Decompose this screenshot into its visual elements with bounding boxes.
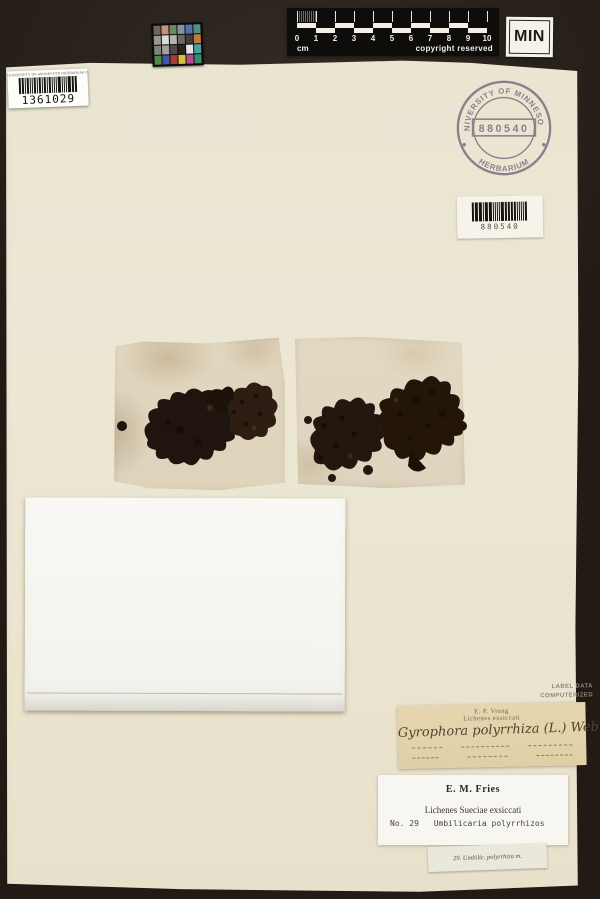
dash [412,756,438,759]
strip-label: 29. Umbilic. polyrrhiza m. [428,843,548,872]
ruler-number: 5 [390,34,394,43]
ruler-number: 2 [333,34,337,43]
barcode-bars [8,75,89,94]
institution-code-box: MIN [506,17,553,57]
ruler-number: 9 [466,34,470,43]
secondary-barcode-number: 880540 [457,221,543,231]
dash [412,746,442,749]
ruler-number: 0 [295,34,299,43]
label-data-computerized-stamp: LABEL DATA COMPUTERIZED [519,682,593,702]
color-chip [194,44,201,53]
stamp-number: 880540 [479,123,530,135]
color-chip [154,36,161,45]
barcode-bar [74,76,77,92]
color-chip [186,44,193,53]
barcode-bar [489,202,492,221]
barcode-bar [525,202,527,221]
ruler-number: 6 [409,34,413,43]
ruler-number: 8 [447,34,451,43]
barcode-bar [485,202,488,221]
specimen-envelope [25,497,346,711]
scale-unit-label: cm [297,44,309,53]
exsiccata-taxon: Umbilicaria polyrrhizos [434,819,545,828]
color-chip [186,34,193,43]
copyright-label: copyright reserved [416,44,493,53]
herbarium-sheet-photo: 012345678910 cm copyright reserved MIN U… [0,0,600,899]
color-chip [178,45,185,54]
accession-barcode-label: UNIVERSITY OF MINNESOTA HERBARIUM (MIN) … [7,68,88,108]
color-chip [185,24,192,33]
barcode-bar [479,202,482,221]
dash [536,753,572,756]
color-chip [178,55,185,64]
color-chip [194,54,201,63]
color-chip [194,34,201,43]
label-dotted-line [398,743,586,749]
barcode-bar [511,202,513,221]
scale-bar: 012345678910 cm copyright reserved [287,8,499,56]
secondary-barcode-label: 880540 [457,195,544,238]
color-chip [177,25,184,34]
barcode-bar [514,202,516,221]
stamp-dot-left [463,143,466,146]
stamp-dot-right [542,143,545,146]
color-chip [170,45,177,54]
scale-blocks-lower [297,28,487,33]
collector-label: E. P. Vrang Lichenes exsiccati Gyrophora… [397,702,586,769]
herbarium-stamp: UNIVERSITY OF MINNESOTA HERBARIUM 880540 [450,74,558,182]
label-dotted-line [398,753,586,759]
specimen-paper-left [112,337,289,493]
scale-ticks [297,11,488,22]
color-chip [154,46,161,55]
color-chip [153,26,160,35]
exsiccata-label: E. M. Fries Lichenes Sueciae exsiccati N… [378,775,568,845]
color-chip [162,55,169,64]
scale-mm-ticks [297,11,317,22]
barcode-bar [508,202,510,221]
exsiccata-number: No. 29 [390,819,419,828]
color-chip [193,24,200,33]
scale-numbers: 012345678910 [297,34,488,44]
strip-label-text: 29. Umbilic. polyrrhiza m. [453,853,522,862]
barcode-bar [472,202,474,221]
barcode-bar [57,77,61,93]
ruler-number: 7 [428,34,432,43]
color-chip [170,55,177,64]
color-chip [154,56,161,65]
ruler-number: 3 [352,34,356,43]
color-chip [178,35,185,44]
barcode-bars [457,201,543,221]
barcode-bar [505,202,507,221]
dash [528,743,572,746]
dash [467,755,507,758]
barcode-bar [501,202,504,221]
color-chip [161,25,168,34]
dash [461,745,509,748]
ruler-number: 10 [483,34,492,43]
institution-code: MIN [506,17,553,57]
ruler-number: 4 [371,34,375,43]
exsiccata-author: E. M. Fries [378,784,568,795]
color-calibration-target [151,22,203,67]
color-chip [169,25,176,34]
barcode-bar [475,202,478,221]
color-chip [170,35,177,44]
exsiccata-series: Lichenes Sueciae exsiccati [378,805,568,815]
color-chip [186,54,193,63]
color-chip [162,45,169,54]
barcode-bar [67,76,71,92]
processing-stamp-line2: COMPUTERIZED [519,692,593,703]
ruler-number: 1 [314,34,318,43]
color-chip [162,35,169,44]
specimen-paper-right [293,336,467,489]
